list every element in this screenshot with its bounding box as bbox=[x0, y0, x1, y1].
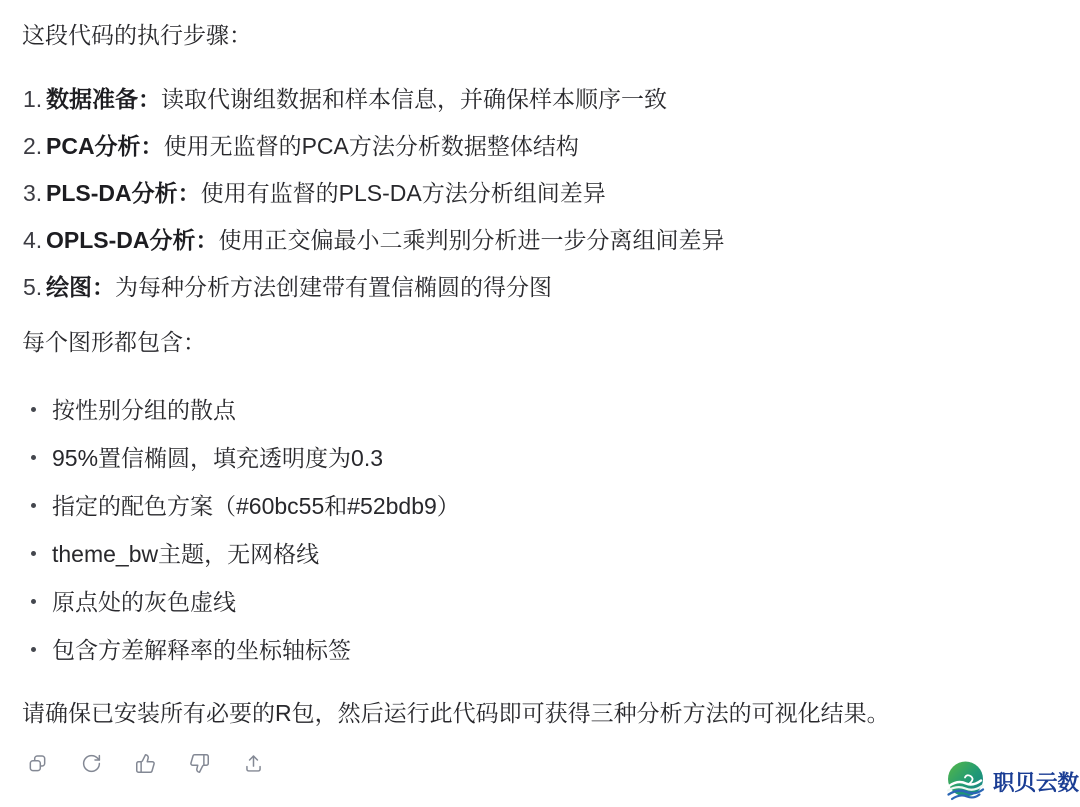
feature-text: 包含方差解释率的坐标轴标签 bbox=[52, 637, 351, 663]
regenerate-icon bbox=[81, 753, 102, 774]
bullet-icon bbox=[31, 599, 36, 604]
bullet-icon bbox=[31, 455, 36, 460]
brand-name: 职贝云数 bbox=[993, 766, 1079, 797]
bullet-icon bbox=[31, 407, 36, 412]
list-item: theme_bw主题，无网格线 bbox=[22, 539, 1052, 569]
step-term: PCA分析： bbox=[46, 133, 164, 159]
brand-logo: 职贝云数 bbox=[944, 759, 1079, 804]
step-number: 4. bbox=[23, 225, 42, 255]
list-item: 指定的配色方案（#60bc55和#52bdb9） bbox=[22, 491, 1052, 521]
feature-text: 原点处的灰色虚线 bbox=[52, 589, 236, 615]
step-item: 1.数据准备：读取代谢组数据和样本信息，并确保样本顺序一致 bbox=[22, 84, 1052, 114]
list-item: 95%置信椭圆，填充透明度为0.3 bbox=[22, 443, 1052, 473]
step-description: 为每种分析方法创建带有置信椭圆的得分图 bbox=[115, 274, 552, 300]
step-number: 1. bbox=[23, 84, 42, 114]
feature-text: 按性别分组的散点 bbox=[52, 397, 236, 423]
step-item: 5.绘图：为每种分析方法创建带有置信椭圆的得分图 bbox=[22, 272, 1052, 302]
list-item: 包含方差解释率的坐标轴标签 bbox=[22, 635, 1052, 665]
chat-response-page: 这段代码的执行步骤： 1.数据准备：读取代谢组数据和样本信息，并确保样本顺序一致… bbox=[0, 0, 1080, 807]
step-number: 5. bbox=[23, 272, 42, 302]
thumbs-down-icon bbox=[189, 753, 210, 774]
step-number: 2. bbox=[23, 131, 42, 161]
bullet-icon bbox=[31, 503, 36, 508]
step-term: OPLS-DA分析： bbox=[46, 227, 219, 253]
feature-text: 95%置信椭圆，填充透明度为0.3 bbox=[52, 445, 383, 471]
features-intro-text: 每个图形都包含： bbox=[22, 327, 1052, 357]
step-description: 使用有监督的PLS-DA方法分析组间差异 bbox=[201, 180, 606, 206]
steps-list: 1.数据准备：读取代谢组数据和样本信息，并确保样本顺序一致 2.PCA分析：使用… bbox=[22, 84, 1052, 302]
bullet-icon bbox=[31, 647, 36, 652]
step-item: 4.OPLS-DA分析：使用正交偏最小二乘判别分析进一步分离组间差异 bbox=[22, 225, 1052, 255]
copy-button[interactable] bbox=[27, 753, 48, 774]
copy-icon bbox=[27, 753, 48, 774]
step-term: PLS-DA分析： bbox=[46, 180, 201, 206]
step-number: 3. bbox=[23, 178, 42, 208]
step-description: 使用正交偏最小二乘判别分析进一步分离组间差异 bbox=[219, 227, 725, 253]
assistant-message: 这段代码的执行步骤： 1.数据准备：读取代谢组数据和样本信息，并确保样本顺序一致… bbox=[22, 20, 1052, 774]
message-actions bbox=[27, 753, 1052, 774]
thumbs-up-button[interactable] bbox=[135, 753, 156, 774]
step-term: 绘图： bbox=[46, 274, 115, 300]
step-item: 3.PLS-DA分析：使用有监督的PLS-DA方法分析组间差异 bbox=[22, 178, 1052, 208]
regenerate-button[interactable] bbox=[81, 753, 102, 774]
feature-text: 指定的配色方案（#60bc55和#52bdb9） bbox=[52, 493, 460, 519]
closing-text: 请确保已安装所有必要的R包，然后运行此代码即可获得三种分析方法的可视化结果。 bbox=[22, 698, 1052, 728]
share-icon bbox=[243, 753, 264, 774]
features-list: 按性别分组的散点 95%置信椭圆，填充透明度为0.3 指定的配色方案（#60bc… bbox=[22, 395, 1052, 665]
list-item: 按性别分组的散点 bbox=[22, 395, 1052, 425]
step-item: 2.PCA分析：使用无监督的PCA方法分析数据整体结构 bbox=[22, 131, 1052, 161]
list-item: 原点处的灰色虚线 bbox=[22, 587, 1052, 617]
feature-text: theme_bw主题，无网格线 bbox=[52, 541, 319, 567]
step-description: 读取代谢组数据和样本信息，并确保样本顺序一致 bbox=[161, 86, 667, 112]
step-term: 数据准备： bbox=[46, 86, 161, 112]
step-description: 使用无监督的PCA方法分析数据整体结构 bbox=[164, 133, 579, 159]
intro-text: 这段代码的执行步骤： bbox=[22, 20, 1052, 50]
share-button[interactable] bbox=[243, 753, 264, 774]
thumbs-down-button[interactable] bbox=[189, 753, 210, 774]
brand-globe-icon bbox=[944, 759, 988, 804]
bullet-icon bbox=[31, 551, 36, 556]
thumbs-up-icon bbox=[135, 753, 156, 774]
